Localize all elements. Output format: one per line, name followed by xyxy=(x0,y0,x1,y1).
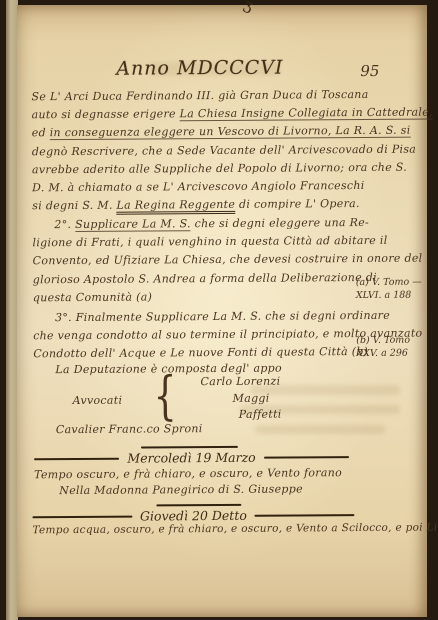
weather-entry: Tempo oscuro, e frà chiaro, e oscuro, e … xyxy=(34,466,342,481)
margin-note-b: (b) V. Tomo XXV. a 296 xyxy=(356,334,436,360)
deputation-member: Cavalier Franc.co Sproni xyxy=(56,422,203,436)
page-content: ʒ Anno MDCCCVI 95 Se L' Arci Duca Ferdin… xyxy=(0,0,438,620)
manuscript-line: degnò Rescrivere, che a Sede Vacante del… xyxy=(32,140,402,161)
section-date-heading: Giovedì 20 Detto xyxy=(138,508,249,524)
deputation-member: Paffetti xyxy=(239,408,282,421)
manuscript-line: questa Comunità (a) xyxy=(33,287,403,308)
margin-note-line: (b) V. Tomo xyxy=(356,334,436,347)
heading-rule-left xyxy=(34,457,119,460)
manuscript-line: Condotto dell' Acque e Le nuove Fonti di… xyxy=(33,343,403,364)
event-entry: Nella Madonna Panegirico di S. Giuseppe xyxy=(59,482,303,497)
divider-rule xyxy=(156,504,241,507)
divider-rule xyxy=(141,446,238,449)
margin-note-a: (a) V. Tomo — XLVI. a 188 xyxy=(356,276,436,302)
manuscript-line: glorioso Apostolo S. Andrea a forma dell… xyxy=(33,268,403,289)
manuscript-line: si degni S. M. La Regina Reggente di com… xyxy=(32,195,402,216)
manuscript-photo: ʒ Anno MDCCCVI 95 Se L' Arci Duca Ferdin… xyxy=(0,0,438,620)
ink-mark: ʒ xyxy=(242,0,257,15)
heading-rule-right xyxy=(255,514,355,517)
section-date-heading: Mercoledì 19 Marzo xyxy=(125,450,257,466)
margin-note-line: XLVI. a 188 xyxy=(356,289,436,302)
deputation-group-label: Avvocati xyxy=(73,394,123,407)
margin-note-line: (a) V. Tomo — xyxy=(356,276,436,289)
weather-entry: Tempo acqua, oscuro, e frà chiaro, e osc… xyxy=(32,521,438,536)
paragraph-2: 2°. Supplicare La M. S. che si degni ele… xyxy=(32,214,403,308)
deputation-member: Carlo Lorenzi xyxy=(200,375,280,389)
manuscript-line: ed in conseguenza eleggere un Vescovo di… xyxy=(32,122,402,143)
manuscript-line: Convento, ed Ufiziare La Chiesa, che dev… xyxy=(33,250,403,271)
heading-rule-left xyxy=(32,515,132,518)
folio-number: 95 xyxy=(360,62,379,80)
section-heading-row: Mercoledì 19 Marzo xyxy=(34,449,349,466)
page-title: Anno MDCCCVI xyxy=(116,56,296,79)
paragraph-3: 3°. Finalmente Supplicare La M. S. che s… xyxy=(33,307,403,364)
list-brace: { xyxy=(153,366,177,426)
deputation-member: Maggi xyxy=(233,392,270,405)
heading-rule-right xyxy=(264,456,349,459)
margin-note-line: XXV. a 296 xyxy=(356,347,436,360)
paragraph-1: Se L' Arci Duca Ferdinando III. già Gran… xyxy=(31,86,402,216)
